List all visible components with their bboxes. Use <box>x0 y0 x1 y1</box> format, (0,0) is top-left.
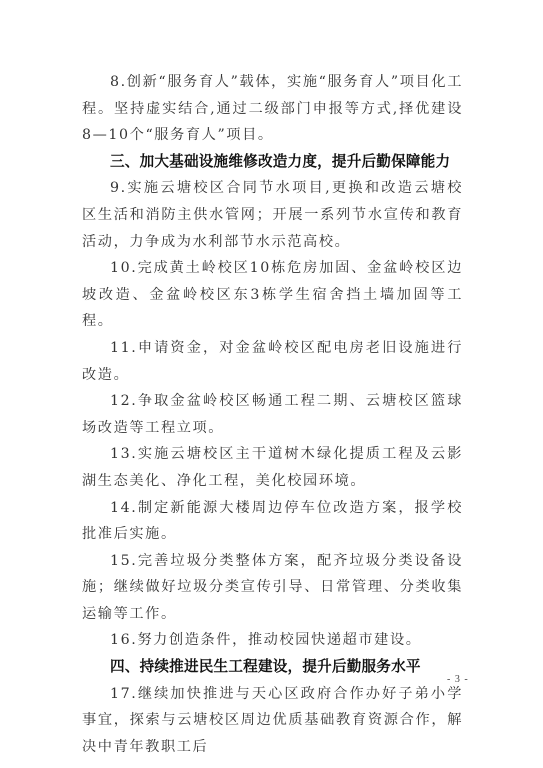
paragraph-item-9: 9.实施云塘校区合同节水项目,更换和改造云塘校区生活和消防主供水管网；开展一系列… <box>82 175 463 255</box>
paragraph-item-15: 15.完善垃圾分类整体方案，配齐垃圾分类设备设施；继续做好垃圾分类宣传引导、日常… <box>82 548 463 628</box>
paragraph-item-16: 16.努力创造条件，推动校园快递超市建设。 <box>82 627 463 654</box>
paragraph-item-13: 13.实施云塘校区主干道树木绿化提质工程及云影湖生态美化、净化工程，美化校园环境… <box>82 441 463 494</box>
paragraph-item-11: 11.申请资金，对金盆岭校区配电房老旧设施进行改造。 <box>82 335 463 388</box>
paragraph-item-14: 14.制定新能源大楼周边停车位改造方案，报学校批准后实施。 <box>82 495 463 548</box>
section-heading-4: 四、持续推进民生工程建设，提升后勤服务水平 <box>82 654 463 681</box>
paragraph-item-8: 8.创新“服务育人”载体，实施“服务育人”项目化工程。坚持虚实结合,通过二级部门… <box>82 69 463 149</box>
paragraph-item-17: 17.继续加快推进与天心区政府合作办好子弟小学事宜，探索与云塘校区周边优质基础教… <box>82 681 463 761</box>
paragraph-item-12: 12.争取金盆岭校区畅通工程二期、云塘校区篮球场改造等工程立项。 <box>82 388 463 441</box>
section-heading-3: 三、加大基础设施维修改造力度，提升后勤保障能力 <box>82 149 463 176</box>
document-page: 8.创新“服务育人”载体，实施“服务育人”项目化工程。坚持虚实结合,通过二级部门… <box>82 69 463 760</box>
paragraph-item-10: 10.完成黄土岭校区10栋危房加固、金盆岭校区边坡改造、金盆岭校区东3栋学生宿舍… <box>82 255 463 335</box>
page-number: - 3 - <box>447 674 469 685</box>
